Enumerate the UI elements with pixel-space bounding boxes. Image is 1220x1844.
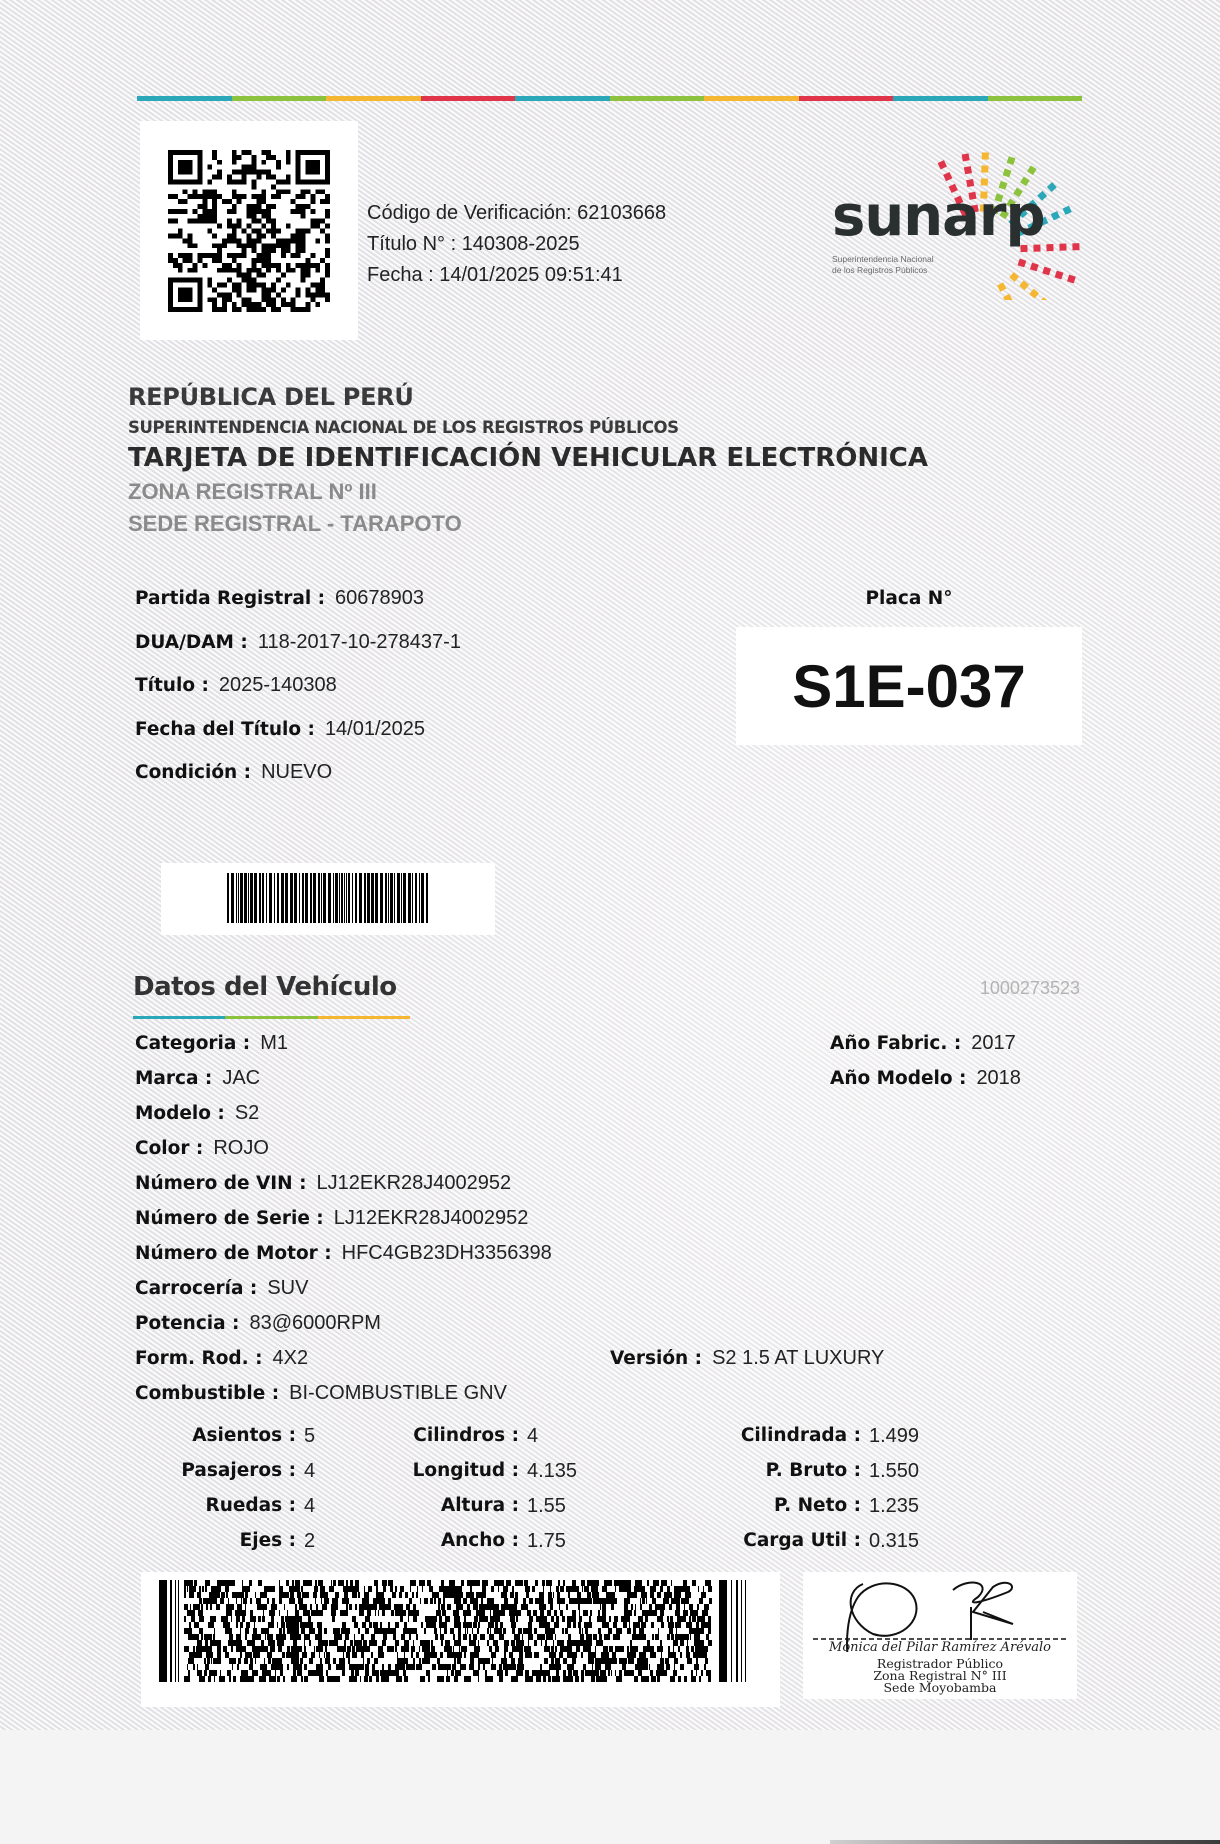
barcode-panel bbox=[161, 863, 495, 935]
spec-value: 4 bbox=[527, 1425, 538, 1448]
field-label: Modelo : bbox=[135, 1103, 225, 1124]
spec-value: 4.135 bbox=[527, 1460, 577, 1483]
vehicle-section-title: Datos del Vehículo bbox=[133, 972, 397, 1002]
field-row: Marca :JAC bbox=[135, 1067, 260, 1090]
issue-datetime: Fecha : 14/01/2025 09:51:41 bbox=[367, 260, 666, 291]
logo-subtitle: Superintendencia Nacional de los Registr… bbox=[832, 254, 934, 276]
field-value: JAC bbox=[222, 1067, 260, 1089]
color-bar-segment bbox=[515, 96, 610, 101]
field-row: Año Fabric. :2017 bbox=[830, 1032, 1016, 1055]
color-bar-segment bbox=[232, 96, 327, 101]
spec-label: Ancho : bbox=[441, 1530, 519, 1551]
plate-number: S1E-037 bbox=[792, 652, 1026, 721]
field-row: Título :2025-140308 bbox=[135, 674, 337, 697]
field-label: Condición : bbox=[135, 762, 251, 783]
plate-box: S1E-037 bbox=[736, 627, 1082, 745]
field-value: 118-2017-10-278437-1 bbox=[258, 631, 461, 653]
field-value: 2025-140308 bbox=[219, 674, 337, 696]
spec-value: 0.315 bbox=[869, 1530, 919, 1553]
field-row: Potencia :83@6000RPM bbox=[135, 1312, 381, 1335]
spec-value: 1.499 bbox=[869, 1425, 919, 1448]
field-row: Categoria :M1 bbox=[135, 1032, 288, 1055]
spec-label: P. Bruto : bbox=[766, 1460, 861, 1481]
qr-code-icon bbox=[168, 150, 330, 312]
spec-label: Cilindros : bbox=[413, 1425, 519, 1446]
pdf417-panel bbox=[141, 1572, 780, 1707]
field-label: Color : bbox=[135, 1138, 203, 1159]
brand-color-bar bbox=[137, 96, 1082, 101]
verification-info: Código de Verificación: 62103668 Título … bbox=[367, 198, 666, 291]
field-value: BI-COMBUSTIBLE GNV bbox=[289, 1382, 507, 1404]
field-value: 14/01/2025 bbox=[325, 718, 425, 740]
sunarp-logo: sunarp Superintendencia Nacional de los … bbox=[832, 140, 1102, 300]
verification-code: Código de Verificación: 62103668 bbox=[367, 198, 666, 229]
spec-label: Pasajeros : bbox=[181, 1460, 296, 1481]
section-underline bbox=[133, 1016, 410, 1019]
pdf417-barcode-icon bbox=[159, 1580, 759, 1682]
spec-value: 4 bbox=[304, 1495, 315, 1518]
field-label: Número de Serie : bbox=[135, 1208, 324, 1229]
spec-label: Longitud : bbox=[413, 1460, 519, 1481]
spec-label: Cilindrada : bbox=[741, 1425, 861, 1446]
color-bar-segment bbox=[326, 96, 421, 101]
field-label: Marca : bbox=[135, 1068, 212, 1089]
field-label: Número de VIN : bbox=[135, 1173, 307, 1194]
field-label: Año Fabric. : bbox=[830, 1033, 961, 1054]
field-row: Color :ROJO bbox=[135, 1137, 269, 1160]
field-label: Carrocería : bbox=[135, 1278, 257, 1299]
field-row: Carrocería :SUV bbox=[135, 1277, 308, 1300]
field-row: Form. Rod. :4X2 bbox=[135, 1347, 308, 1370]
republic-title: REPÚBLICA DEL PERÚ bbox=[128, 383, 414, 411]
field-label: Título : bbox=[135, 675, 209, 696]
field-row: Combustible :BI-COMBUSTIBLE GNV bbox=[135, 1382, 507, 1405]
spec-label: P. Neto : bbox=[774, 1495, 861, 1516]
field-label: Año Modelo : bbox=[830, 1068, 966, 1089]
color-bar-segment bbox=[137, 96, 232, 101]
spec-label: Asientos : bbox=[192, 1425, 296, 1446]
underline-segment bbox=[225, 1016, 317, 1019]
field-label: DUA/DAM : bbox=[135, 632, 248, 653]
signer-name: Mónica del Pilar Ramírez Arévalo bbox=[803, 1640, 1077, 1655]
field-label: Form. Rod. : bbox=[135, 1348, 263, 1369]
signer-office: Sede Moyobamba bbox=[803, 1682, 1077, 1694]
spec-value: 1.55 bbox=[527, 1495, 566, 1518]
barcode-icon bbox=[227, 873, 428, 923]
field-value: SUV bbox=[267, 1277, 308, 1299]
document-serial: 1000273523 bbox=[960, 978, 1080, 999]
field-row: Fecha del Título :14/01/2025 bbox=[135, 718, 425, 741]
field-row: Número de Motor :HFC4GB23DH3356398 bbox=[135, 1242, 552, 1265]
field-value: 83@6000RPM bbox=[249, 1312, 380, 1334]
spec-value: 4 bbox=[304, 1460, 315, 1483]
field-row: Modelo :S2 bbox=[135, 1102, 259, 1125]
field-value: 2018 bbox=[976, 1067, 1021, 1089]
logo-wordmark: sunarp bbox=[832, 184, 1045, 249]
field-label: Número de Motor : bbox=[135, 1243, 332, 1264]
field-value: NUEVO bbox=[261, 761, 332, 783]
agency-title: SUPERINTENDENCIA NACIONAL DE LOS REGISTR… bbox=[128, 418, 679, 437]
field-value: M1 bbox=[260, 1032, 288, 1054]
field-value: LJ12EKR28J4002952 bbox=[334, 1207, 529, 1229]
field-label: Categoria : bbox=[135, 1033, 250, 1054]
spec-value: 1.550 bbox=[869, 1460, 919, 1483]
field-label: Combustible : bbox=[135, 1383, 279, 1404]
spec-label: Ejes : bbox=[240, 1530, 296, 1551]
field-value: 4X2 bbox=[273, 1347, 309, 1369]
field-value: S2 bbox=[235, 1102, 259, 1124]
document-title: TARJETA DE IDENTIFICACIÓN VEHICULAR ELEC… bbox=[128, 443, 928, 473]
spec-value: 5 bbox=[304, 1425, 315, 1448]
bottom-gradient-strip bbox=[830, 1840, 1220, 1844]
field-row: Condición :NUEVO bbox=[135, 761, 332, 784]
spec-value: 1.235 bbox=[869, 1495, 919, 1518]
plate-label: Placa N° bbox=[736, 588, 1082, 609]
spec-label: Carga Util : bbox=[743, 1530, 861, 1551]
field-value: HFC4GB23DH3356398 bbox=[342, 1242, 552, 1264]
underline-segment bbox=[318, 1016, 410, 1019]
color-bar-segment bbox=[704, 96, 799, 101]
qr-code-panel bbox=[140, 121, 358, 340]
title-number: Título N° : 140308-2025 bbox=[367, 229, 666, 260]
version-field: Versión :S2 1.5 AT LUXURY bbox=[610, 1347, 884, 1370]
field-value: LJ12EKR28J4002952 bbox=[317, 1172, 512, 1194]
field-row: Año Modelo :2018 bbox=[830, 1067, 1021, 1090]
vehicle-id-card: Código de Verificación: 62103668 Título … bbox=[0, 0, 1220, 1730]
field-label: Fecha del Título : bbox=[135, 719, 315, 740]
spec-label: Ruedas : bbox=[205, 1495, 296, 1516]
field-label: Partida Registral : bbox=[135, 588, 325, 609]
zone-label: ZONA REGISTRAL Nº III bbox=[128, 479, 377, 505]
spec-value: 1.75 bbox=[527, 1530, 566, 1553]
color-bar-segment bbox=[799, 96, 894, 101]
color-bar-segment bbox=[421, 96, 516, 101]
color-bar-segment bbox=[988, 96, 1083, 101]
underline-segment bbox=[133, 1016, 225, 1019]
field-row: Número de Serie :LJ12EKR28J4002952 bbox=[135, 1207, 528, 1230]
field-value: ROJO bbox=[213, 1137, 269, 1159]
field-row: Número de VIN :LJ12EKR28J4002952 bbox=[135, 1172, 511, 1195]
office-label: SEDE REGISTRAL - TARAPOTO bbox=[128, 511, 462, 537]
field-value: 2017 bbox=[971, 1032, 1016, 1054]
color-bar-segment bbox=[610, 96, 705, 101]
spec-value: 2 bbox=[304, 1530, 315, 1553]
color-bar-segment bbox=[893, 96, 988, 101]
field-row: Partida Registral :60678903 bbox=[135, 587, 424, 610]
field-row: DUA/DAM :118-2017-10-278437-1 bbox=[135, 631, 461, 654]
signature-panel: Mónica del Pilar Ramírez Arévalo Registr… bbox=[803, 1572, 1077, 1699]
field-value: 60678903 bbox=[335, 587, 424, 609]
field-label: Potencia : bbox=[135, 1313, 239, 1334]
spec-label: Altura : bbox=[441, 1495, 519, 1516]
